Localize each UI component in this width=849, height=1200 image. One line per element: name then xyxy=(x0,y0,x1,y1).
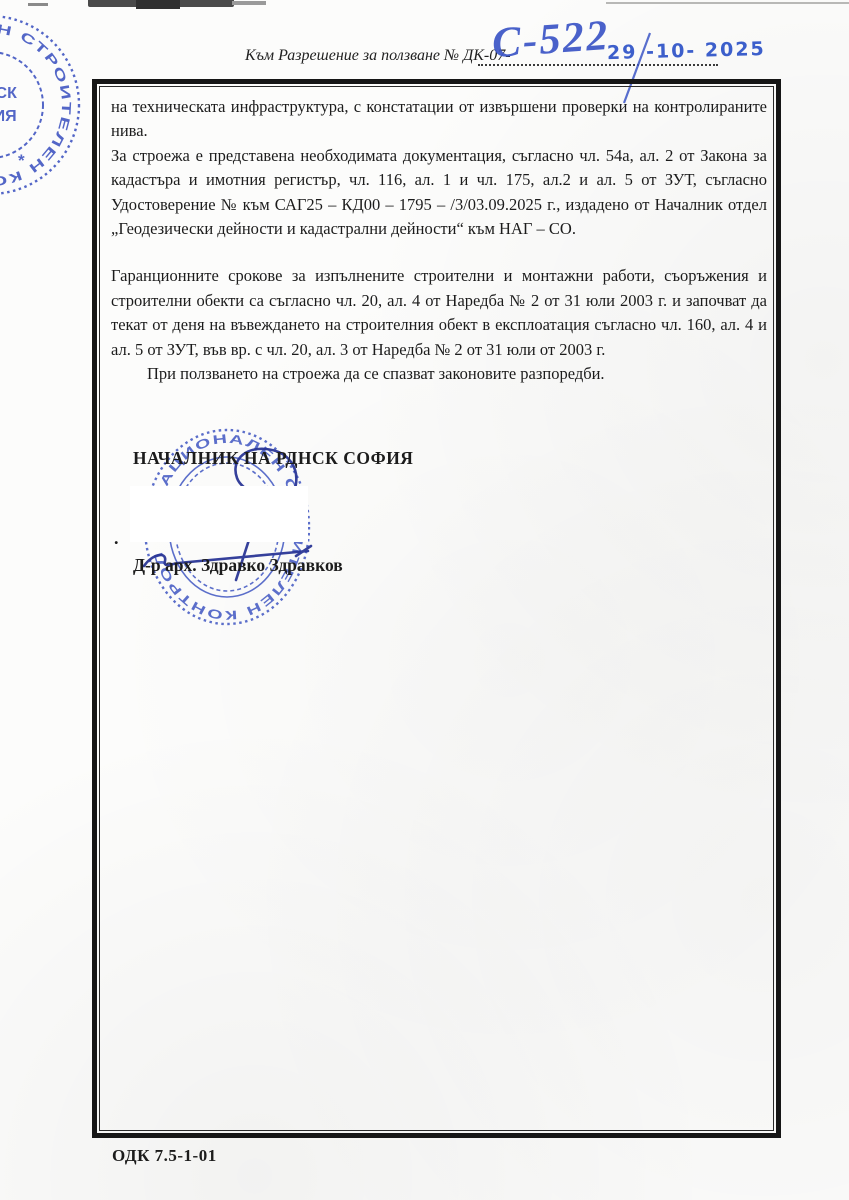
left-stamp-inner-text: ФИЯ xyxy=(0,108,17,125)
body-paragraph: При ползването на строежа да се спазват … xyxy=(111,362,767,386)
signature-redaction-box xyxy=(130,486,308,542)
stray-dot: . xyxy=(114,528,119,549)
body-paragraph: на техническата инфраструктура, с конста… xyxy=(111,95,767,144)
left-edge-round-stamp: Н СТРОИТЕЛЕН КОНТРОЛ НСК ФИЯ * xyxy=(0,14,100,199)
signer-title: НАЧАЛНИК НА РДНСК СОФИЯ xyxy=(133,448,413,469)
left-stamp-inner-text: НСК xyxy=(0,85,17,102)
handwritten-case-number: С-522 xyxy=(491,14,611,65)
date-stamp: 29 -10- 2025 xyxy=(607,38,766,64)
scan-artifact-line xyxy=(606,2,849,4)
scan-artifact-mark xyxy=(28,3,48,6)
signer-name: Д-р арх. Здравко Здравков xyxy=(133,555,343,576)
form-code: ОДК 7.5-1-01 xyxy=(112,1146,217,1166)
scanned-document-page: Н СТРОИТЕЛЕН КОНТРОЛ НСК ФИЯ * Към Разре… xyxy=(0,0,849,1200)
body-paragraph: За строежа е представена необходимата до… xyxy=(111,144,767,242)
reference-label: Към Разрешение за ползване № ДК-07- xyxy=(245,47,511,65)
left-stamp-star: * xyxy=(18,151,25,170)
document-frame: на техническата инфраструктура, с конста… xyxy=(92,79,781,1138)
body-paragraph: Гаранционните срокове за изпълнените стр… xyxy=(111,264,767,362)
scan-artifact-bar xyxy=(136,0,180,9)
document-body-text: на техническата инфраструктура, с конста… xyxy=(111,95,767,386)
left-stamp-ring-text: Н СТРОИТЕЛЕН КОНТРОЛ xyxy=(0,21,74,189)
scan-artifact-bar xyxy=(232,1,266,5)
svg-text:Н СТРОИТЕЛЕН КОНТРОЛ: Н СТРОИТЕЛЕН КОНТРОЛ xyxy=(0,21,74,189)
